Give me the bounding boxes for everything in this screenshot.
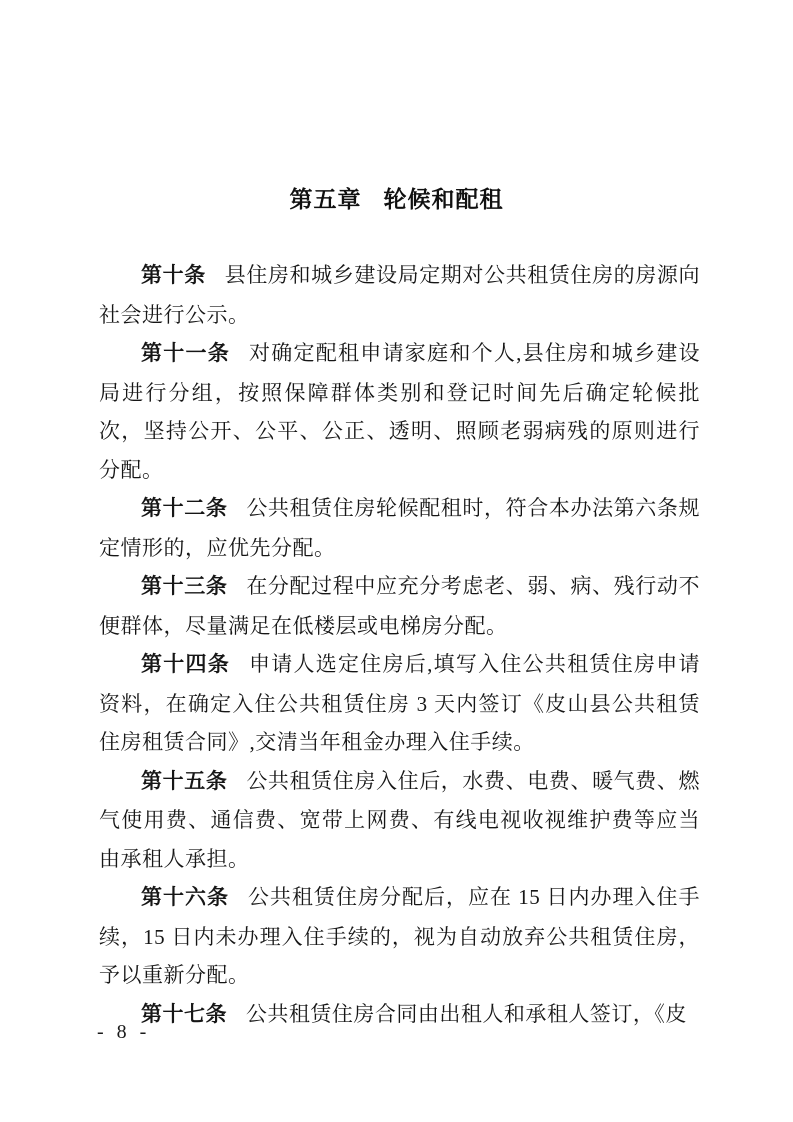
article-paragraph: 第十三条在分配过程中应充分考虑老、弱、病、残行动不便群体，尽量满足在低楼层或电梯… bbox=[99, 567, 700, 645]
article-number: 第十五条 bbox=[141, 770, 227, 793]
article-paragraph: 第十七条公共租赁住房合同由出租人和承租人签订，《皮 bbox=[99, 995, 700, 1035]
chapter-heading: 第五章轮候和配租 bbox=[0, 0, 793, 214]
article-number: 第十四条 bbox=[141, 653, 230, 676]
article-number: 第十三条 bbox=[141, 575, 227, 598]
article-number: 第十条 bbox=[141, 264, 206, 287]
article-number: 第十一条 bbox=[141, 342, 230, 365]
article-paragraph: 第十条县住房和城乡建设局定期对公共租赁住房的房源向社会进行公示。 bbox=[99, 256, 700, 334]
article-number: 第十二条 bbox=[141, 497, 227, 520]
article-number: 第十七条 bbox=[141, 1003, 227, 1026]
article-paragraph: 第十二条公共租赁住房轮候配租时，符合本办法第六条规定情形的，应优先分配。 bbox=[99, 489, 700, 567]
document-page: 第五章轮候和配租 第十条县住房和城乡建设局定期对公共租赁住房的房源向社会进行公示… bbox=[0, 0, 793, 1122]
chapter-title: 轮候和配租 bbox=[384, 186, 504, 212]
document-body: 第十条县住房和城乡建设局定期对公共租赁住房的房源向社会进行公示。 第十一条对确定… bbox=[99, 256, 700, 1034]
article-paragraph: 第十四条申请人选定住房后,填写入住公共租赁住房申请资料，在确定入住公共租赁住房 … bbox=[99, 645, 700, 762]
chapter-label: 第五章 bbox=[290, 186, 362, 212]
article-text: 公共租赁住房合同由出租人和承租人签订，《皮 bbox=[246, 1002, 687, 1026]
page-number: - 8 - bbox=[97, 1021, 150, 1044]
article-number: 第十六条 bbox=[141, 886, 229, 909]
article-paragraph: 第十六条公共租赁住房分配后，应在 15 日内办理入住手续，15 日内未办理入住手… bbox=[99, 878, 700, 995]
article-paragraph: 第十一条对确定配租申请家庭和个人,县住房和城乡建设局进行分组，按照保障群体类别和… bbox=[99, 334, 700, 489]
article-paragraph: 第十五条公共租赁住房入住后，水费、电费、暖气费、燃气使用费、通信费、宽带上网费、… bbox=[99, 762, 700, 879]
